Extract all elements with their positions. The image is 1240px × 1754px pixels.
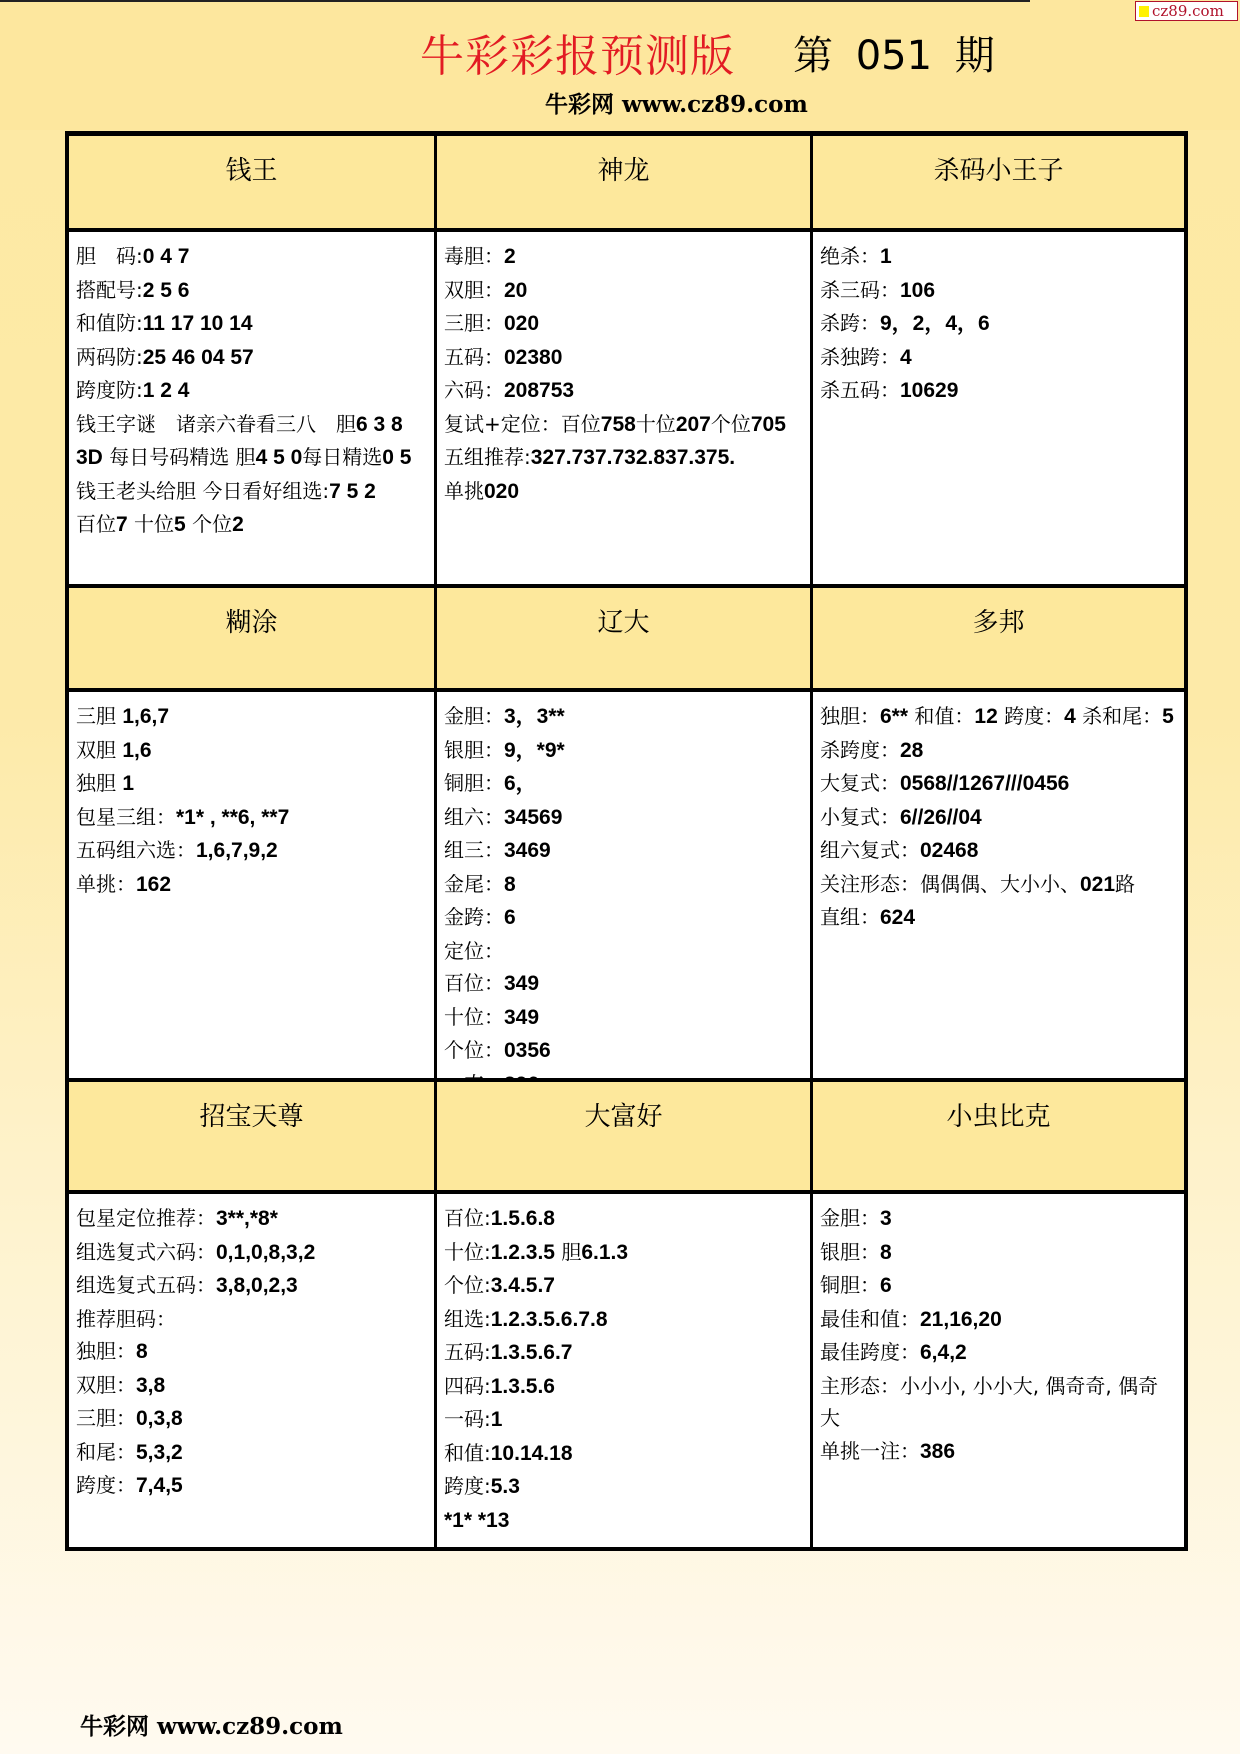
prediction-label: 独胆： [76, 1339, 136, 1363]
expert-predictions: 包星定位推荐：3**,*8*组选复式六码：0,1,0,8,3,2组选复式五码：3… [69, 1194, 437, 1547]
expert-header: 小虫比克 [813, 1082, 1184, 1194]
prediction-label: 十位： [444, 1005, 504, 1029]
prediction-line: 推荐胆码： [76, 1303, 428, 1336]
prediction-label: 胆 [555, 1240, 581, 1264]
prediction-line: 两码防:25 46 04 57 [76, 341, 428, 375]
prediction-value: 6 [880, 1274, 892, 1297]
prediction-label: 胆 码: [76, 244, 143, 268]
footer-site: 牛彩网 www.cz89.com [80, 1708, 343, 1741]
prediction-line: 最佳跨度：6,4,2 [820, 1336, 1178, 1370]
prediction-label: 三胆 [76, 704, 122, 728]
prediction-line: 组选:1.2.3.5.6.7.8 [444, 1303, 804, 1337]
prediction-label: 金胆： [444, 704, 504, 728]
prediction-label: 主形态：小小小, 小小大, 偶奇奇, 偶奇大 [820, 1374, 1158, 1431]
prediction-line: 组三：3469 [444, 834, 804, 868]
prediction-line: 最佳和值：21,16,20 [820, 1303, 1178, 1337]
prediction-label: 独胆： [820, 704, 880, 728]
prediction-line: 定位： [444, 935, 804, 968]
prediction-line: 百位7 十位5 个位2 [76, 508, 428, 542]
prediction-value: 34569 [504, 806, 562, 829]
prediction-label: 一码: [444, 1407, 491, 1431]
expert-predictions: 毒胆：2双胆：20三胆：020五码：02380六码：208753复试+定位：百位… [437, 232, 813, 588]
prediction-line: 铜胆：6 [820, 1269, 1178, 1303]
expert-predictions: 胆 码:0 4 7搭配号:2 5 6和值防:11 17 10 14两码防:25 … [69, 232, 437, 588]
prediction-value: 5 [174, 513, 186, 536]
prediction-line: 组六复式：02468 [820, 834, 1178, 868]
watermark-badge[interactable]: cz89.com [1135, 1, 1238, 21]
prediction-value: 1 [880, 245, 892, 268]
prediction-label: 独胆 [76, 771, 122, 795]
prediction-line: 一码:1 [444, 1403, 804, 1437]
prediction-label: 包星三组： [76, 805, 176, 829]
prediction-line: 关注形态：偶偶偶、大小小、021路 [820, 868, 1178, 902]
prediction-line: 组选复式六码：0,1,0,8,3,2 [76, 1236, 428, 1270]
prediction-value: 9，2，4，6 [880, 312, 990, 335]
prediction-value: 02380 [504, 346, 562, 369]
prediction-value: 02468 [920, 839, 978, 862]
expert-predictions: 绝杀：1杀三码：106杀跨：9，2，4，6杀独跨：4杀五码：10629 [813, 232, 1184, 588]
prediction-label: 三胆： [444, 311, 504, 335]
prediction-value: 0568//1267///0456 [900, 772, 1069, 795]
site-subtitle: 牛彩网 www.cz89.com [545, 86, 808, 119]
prediction-label: 金胆： [820, 1206, 880, 1230]
prediction-value: 5 [1162, 705, 1174, 728]
prediction-line: 单挑020 [444, 475, 804, 509]
prediction-value: 25 46 04 57 [143, 346, 254, 369]
prediction-line: 胆 码:0 4 7 [76, 240, 428, 274]
expert-predictions: 金胆：3银胆：8铜胆：6最佳和值：21,16,20最佳跨度：6,4,2主形态：小… [813, 1194, 1184, 1547]
prediction-value: 327.737.732.837.375. [531, 446, 735, 469]
prediction-label: 金尾： [444, 872, 504, 896]
prediction-label: 个位 [186, 512, 232, 536]
prediction-value: 10629 [900, 379, 958, 402]
prediction-line: 单挑一注：386 [820, 1435, 1178, 1469]
prediction-label: 跨度： [998, 704, 1064, 728]
prediction-value: 5.3 [491, 1475, 520, 1498]
prediction-label: 杀独跨： [820, 345, 900, 369]
prediction-line: 六码：208753 [444, 374, 804, 408]
prediction-value: 6** [880, 705, 908, 728]
prediction-value: 1,6,7 [122, 705, 169, 728]
prediction-label: 关注形态：偶偶偶、大小小、 [820, 872, 1080, 896]
prediction-value: 2 [504, 245, 516, 268]
prediction-label: 路 [1115, 872, 1135, 896]
prediction-line: 五码组六选：1,6,7,9,2 [76, 834, 428, 868]
prediction-line: 单挑：162 [76, 868, 428, 902]
prediction-value: 208753 [504, 379, 574, 402]
prediction-value: 1.3.5.6 [491, 1375, 555, 1398]
prediction-value: 5,3,2 [136, 1441, 183, 1464]
prediction-label: 组选复式六码： [76, 1240, 216, 1264]
prediction-label: 十位 [128, 512, 174, 536]
prediction-label: 杀五码： [820, 378, 900, 402]
prediction-label: 五组推荐: [444, 445, 531, 469]
prediction-value: 758 [601, 413, 636, 436]
prediction-label: 和尾： [76, 1440, 136, 1464]
prediction-line: 钱王字谜 诸亲六眷看三八 胆6 3 8 [76, 408, 428, 442]
prediction-line: 双胆 1,6 [76, 734, 428, 768]
prediction-label: 定位： [444, 939, 504, 963]
prediction-line: 五码:1.3.5.6.7 [444, 1336, 804, 1370]
prediction-label: 组六复式： [820, 838, 920, 862]
prediction-label: 五码: [444, 1340, 491, 1364]
prediction-label: 双胆 [76, 738, 122, 762]
prediction-value: 349 [504, 1006, 539, 1029]
prediction-value: 10.14.18 [491, 1442, 573, 1465]
prediction-value: 12 [974, 705, 997, 728]
prediction-value: 4 [1064, 705, 1076, 728]
expert-header: 杀码小王子 [813, 136, 1184, 232]
prediction-line: 金尾：8 [444, 868, 804, 902]
prediction-value: 106 [900, 279, 935, 302]
prediction-line: 三胆 1,6,7 [76, 700, 428, 734]
prediction-value: 207 [676, 413, 711, 436]
expert-predictions: 金胆：3，3**银胆：9，*9*铜胆：6，组六：34569组三：3469金尾：8… [437, 692, 813, 1082]
expert-header: 辽大 [437, 588, 813, 692]
prediction-label: 钱王老头给胆 今日看好组选: [76, 479, 329, 503]
prediction-label: 和值防: [76, 311, 143, 335]
prediction-label: 金跨： [444, 905, 504, 929]
prediction-line: 十位：349 [444, 1001, 804, 1035]
prediction-label: 银胆： [444, 738, 504, 762]
prediction-line: 杀三码：106 [820, 274, 1178, 308]
prediction-label: 钱王字谜 诸亲六眷看三八 胆 [76, 412, 356, 436]
prediction-value: 624 [880, 906, 915, 929]
prediction-value: 7,4,5 [136, 1474, 183, 1497]
prediction-value: 162 [136, 873, 171, 896]
prediction-value: 11 17 10 14 [143, 312, 253, 335]
prediction-label: 跨度: [444, 1474, 491, 1498]
prediction-value: 1,6 [122, 739, 151, 762]
prediction-value: 3D [76, 446, 103, 469]
prediction-line: 杀独跨：4 [820, 341, 1178, 375]
prediction-line: 绝杀：1 [820, 240, 1178, 274]
prediction-label: 杀跨度： [820, 738, 900, 762]
prediction-label: 单挑一注： [820, 1439, 920, 1463]
prediction-label: 杀跨： [820, 311, 880, 335]
prediction-line: 3D 每日号码精选 胆4 5 0每日精选0 5 [76, 441, 428, 475]
expert-header: 钱王 [69, 136, 437, 232]
prediction-line: 组六：34569 [444, 801, 804, 835]
prediction-value: 3**,*8* [216, 1207, 278, 1230]
prediction-value: 7 [116, 513, 128, 536]
prediction-line: 个位：0356 [444, 1034, 804, 1068]
prediction-value: 386 [920, 1440, 955, 1463]
prediction-label: 最佳和值： [820, 1307, 920, 1331]
prediction-value: 349 [504, 972, 539, 995]
prediction-label: 十位: [444, 1240, 491, 1264]
prediction-value: 4 5 0 [256, 446, 303, 469]
prediction-label: 三胆： [76, 1406, 136, 1430]
watermark-label: cz89.com [1152, 2, 1224, 20]
prediction-label: 和值: [444, 1441, 491, 1465]
prediction-value: 2 5 6 [143, 279, 190, 302]
prediction-label: 铜胆： [444, 771, 504, 795]
prediction-line: 十位:1.2.3.5 胆6.1.3 [444, 1236, 804, 1270]
prediction-label: 银胆： [820, 1240, 880, 1264]
prediction-value: 0 4 7 [143, 245, 190, 268]
prediction-label: 搭配号: [76, 278, 143, 302]
prediction-label: 绝杀： [820, 244, 880, 268]
prediction-label: 每日号码精选 胆 [103, 445, 256, 469]
prediction-value: 6//26//04 [900, 806, 982, 829]
prediction-value: 6， [504, 772, 537, 795]
expert-predictions: 独胆：6** 和值：12 跨度：4 杀和尾：5 杀跨度：28大复式：0568//… [813, 692, 1184, 1082]
prediction-value: 3469 [504, 839, 551, 862]
prediction-label: 十位 [636, 412, 676, 436]
issue-number: 第 051 期 [793, 24, 995, 81]
prediction-value: *1* *13 [444, 1509, 509, 1532]
prediction-line: 四码:1.3.5.6 [444, 1370, 804, 1404]
prediction-line: 双胆：20 [444, 274, 804, 308]
prediction-line: 金胆：3 [820, 1202, 1178, 1236]
prediction-label: 跨度： [76, 1473, 136, 1497]
prediction-line: 五码：02380 [444, 341, 804, 375]
prediction-label: 单挑： [76, 872, 136, 896]
prediction-label: 五码： [444, 345, 504, 369]
prediction-line: 组选复式五码：3,8,0,2,3 [76, 1269, 428, 1303]
prediction-value: 3 [880, 1207, 892, 1230]
prediction-label: 最佳跨度： [820, 1340, 920, 1364]
prediction-label: 个位 [711, 412, 751, 436]
prediction-value: 6 3 8 [356, 413, 403, 436]
prediction-line: 跨度：7,4,5 [76, 1469, 428, 1503]
prediction-label: 小复式： [820, 805, 900, 829]
prediction-value: 1 [122, 772, 134, 795]
expert-header: 糊涂 [69, 588, 437, 692]
prediction-label: 双胆： [76, 1373, 136, 1397]
prediction-value: 9，*9* [504, 739, 565, 762]
prediction-line: 银胆：8 [820, 1236, 1178, 1270]
prediction-value: 705 [751, 413, 786, 436]
prediction-line: 独胆：8 [76, 1335, 428, 1369]
prediction-label: 复试+定位：百位 [444, 412, 601, 436]
prediction-label: 六码： [444, 378, 504, 402]
prediction-value: 3.4.5.7 [491, 1274, 555, 1297]
prediction-value: 7 5 2 [329, 480, 376, 503]
prediction-label: 百位： [444, 971, 504, 995]
prediction-line: 主形态：小小小, 小小大, 偶奇奇, 偶奇大 [820, 1370, 1178, 1435]
prediction-label: 直组： [820, 905, 880, 929]
prediction-value: 0,3,8 [136, 1407, 183, 1430]
prediction-value: 1.2.3.5.6.7.8 [491, 1308, 608, 1331]
top-rule [0, 0, 1030, 2]
prediction-value: 0,1,0,8,3,2 [216, 1241, 315, 1264]
expert-header: 神龙 [437, 136, 813, 232]
prediction-label: 个位: [444, 1273, 491, 1297]
expert-predictions: 三胆 1,6,7双胆 1,6独胆 1包星三组：*1* , **6, **7五码组… [69, 692, 437, 1082]
prediction-label: 杀三码： [820, 278, 900, 302]
prediction-label: 包星定位推荐： [76, 1206, 216, 1230]
prediction-label: 四码: [444, 1374, 491, 1398]
prediction-line: 和值防:11 17 10 14 [76, 307, 428, 341]
page-title-row: 牛彩彩报预测版 第 051 期 [420, 22, 995, 82]
prediction-label: 单挑 [444, 479, 484, 503]
prediction-label: 和值： [908, 704, 974, 728]
prediction-value: 4 [900, 346, 912, 369]
prediction-value: 021 [1080, 873, 1115, 896]
prediction-label: 组三： [444, 838, 504, 862]
prediction-line: *1* *13 [444, 1504, 804, 1538]
prediction-label: 大复式： [820, 771, 900, 795]
prediction-line: 和值:10.14.18 [444, 1437, 804, 1471]
prediction-label: 五码组六选： [76, 838, 196, 862]
prediction-line: 跨度:5.3 [444, 1470, 804, 1504]
prediction-label: 组选: [444, 1307, 491, 1331]
prediction-label: 百位 [76, 512, 116, 536]
prediction-value: 1 2 4 [143, 379, 190, 402]
prediction-line: 五组推荐:327.737.732.837.375. [444, 441, 804, 475]
prediction-value: 1,6,7,9,2 [196, 839, 278, 862]
prediction-line: 小复式：6//26//04 [820, 801, 1178, 835]
prediction-label: 组六： [444, 805, 504, 829]
expert-header: 招宝天尊 [69, 1082, 437, 1194]
prediction-value: 020 [484, 480, 519, 503]
expert-header: 多邦 [813, 588, 1184, 692]
prediction-value: 28 [900, 739, 923, 762]
prediction-line: 双胆：3,8 [76, 1369, 428, 1403]
prediction-value: 8 [880, 1241, 892, 1264]
prediction-value: 020 [504, 312, 539, 335]
prediction-line: 搭配号:2 5 6 [76, 274, 428, 308]
prediction-value: 6,4,2 [920, 1341, 967, 1364]
prediction-label: 推荐胆码： [76, 1307, 176, 1331]
prediction-line: 铜胆：6， [444, 767, 804, 801]
prediction-line: 钱王老头给胆 今日看好组选:7 5 2 [76, 475, 428, 509]
prediction-value: 2 [232, 513, 244, 536]
yellow-square-icon [1139, 6, 1149, 17]
prediction-value: 6.1.3 [581, 1241, 628, 1264]
prediction-value: 21,16,20 [920, 1308, 1002, 1331]
prediction-line: 直组：624 [820, 901, 1178, 935]
prediction-line: 银胆：9，*9* [444, 734, 804, 768]
prediction-label: 跨度防: [76, 378, 143, 402]
prediction-line: 个位:3.4.5.7 [444, 1269, 804, 1303]
prediction-line: 百位:1.5.6.8 [444, 1202, 804, 1236]
prediction-label: 毒胆： [444, 244, 504, 268]
prediction-value: 3,8 [136, 1374, 165, 1397]
prediction-value: 3，3** [504, 705, 565, 728]
expert-header: 大富好 [437, 1082, 813, 1194]
expert-predictions: 百位:1.5.6.8十位:1.2.3.5 胆6.1.3个位:3.4.5.7组选:… [437, 1194, 813, 1547]
prediction-label: 双胆： [444, 278, 504, 302]
prediction-value: 1.2.3.5 [491, 1241, 555, 1264]
prediction-label: 组选复式五码： [76, 1273, 216, 1297]
prediction-value: 8 [136, 1340, 148, 1363]
prediction-line: 杀五码：10629 [820, 374, 1178, 408]
prediction-line: 独胆 1 [76, 767, 428, 801]
prediction-label: 每日精选 [302, 445, 382, 469]
prediction-line: 大复式：0568//1267///0456 [820, 767, 1178, 801]
prediction-line: 金胆：3，3** [444, 700, 804, 734]
prediction-line: 包星定位推荐：3**,*8* [76, 1202, 428, 1236]
prediction-label: 铜胆： [820, 1273, 880, 1297]
prediction-line: 包星三组：*1* , **6, **7 [76, 801, 428, 835]
prediction-value: *1* , **6, **7 [176, 806, 289, 829]
prediction-value: 8 [504, 873, 516, 896]
prediction-line: 百位：349 [444, 967, 804, 1001]
prediction-grid: 钱王神龙杀码小王子胆 码:0 4 7搭配号:2 5 6和值防:11 17 10 … [65, 131, 1188, 1551]
prediction-line: 独胆：6** 和值：12 跨度：4 杀和尾：5 杀跨度：28 [820, 700, 1178, 767]
prediction-label: 个位： [444, 1038, 504, 1062]
prediction-line: 毒胆：2 [444, 240, 804, 274]
prediction-value: 6 [504, 906, 516, 929]
prediction-line: 杀跨：9，2，4，6 [820, 307, 1178, 341]
prediction-label: 两码防: [76, 345, 143, 369]
prediction-value: 3,8,0,2,3 [216, 1274, 298, 1297]
prediction-value: 1.5.6.8 [491, 1207, 555, 1230]
prediction-label: 杀和尾： [1076, 704, 1162, 728]
prediction-line: 和尾：5,3,2 [76, 1436, 428, 1470]
prediction-value: 0356 [504, 1039, 551, 1062]
prediction-value: 20 [504, 279, 527, 302]
prediction-line: 三胆：0,3,8 [76, 1402, 428, 1436]
prediction-value: 1.3.5.6.7 [491, 1341, 573, 1364]
prediction-line: 金跨：6 [444, 901, 804, 935]
prediction-line: 复试+定位：百位758十位207个位705 [444, 408, 804, 442]
page-title: 牛彩彩报预测版 [420, 20, 735, 84]
prediction-line: 跨度防:1 2 4 [76, 374, 428, 408]
prediction-label: 百位: [444, 1206, 491, 1230]
prediction-value: 1 [491, 1408, 503, 1431]
prediction-value: 0 5 [382, 446, 411, 469]
prediction-line: 三胆：020 [444, 307, 804, 341]
